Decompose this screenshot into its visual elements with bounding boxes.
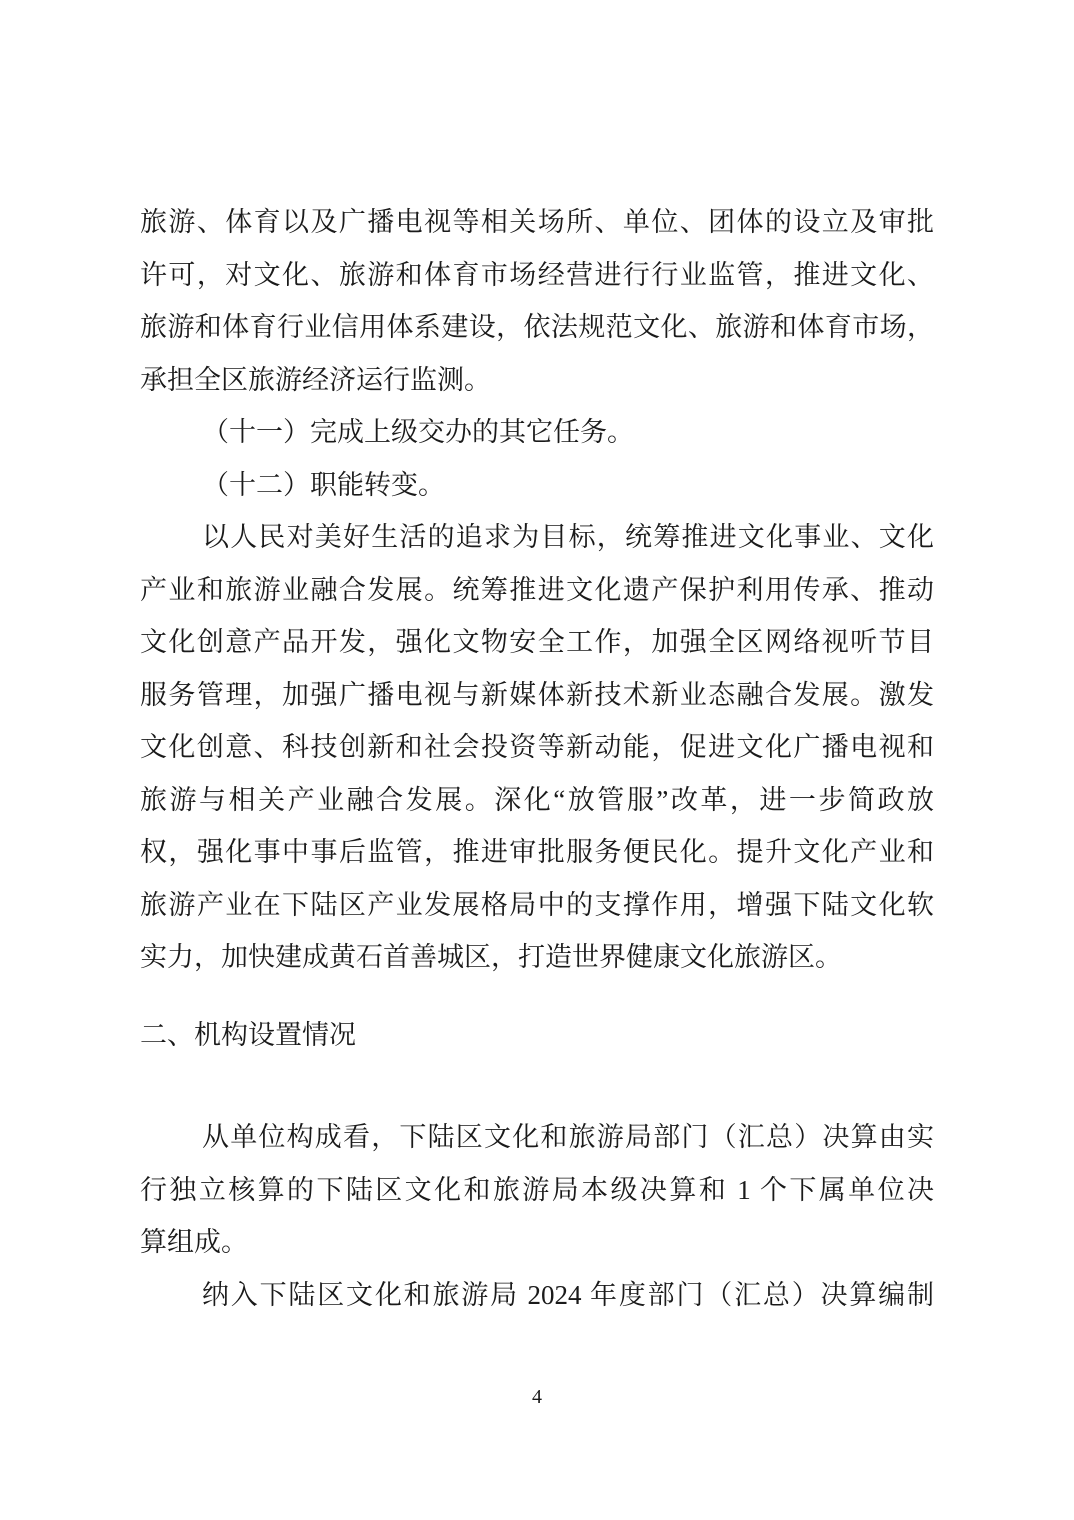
text-line: 许可，对文化、旅游和体育市场经营进行行业监管，推进文化、 bbox=[140, 249, 934, 302]
text-line: 权，强化事中事后监管，推进审批服务便民化。提升文化产业和 bbox=[140, 826, 934, 879]
document-page: 旅游、体育以及广播电视等相关场所、单位、团体的设立及审批 许可，对文化、旅游和体… bbox=[0, 0, 1074, 1520]
page-number: 4 bbox=[0, 1384, 1074, 1410]
text-line: 服务管理，加强广播电视与新媒体新技术新业态融合发展。激发 bbox=[140, 669, 934, 722]
list-item-eleven: （十一）完成上级交办的其它任务。 bbox=[140, 406, 934, 459]
document-body: 旅游、体育以及广播电视等相关场所、单位、团体的设立及审批 许可，对文化、旅游和体… bbox=[140, 196, 934, 1321]
text-line: 以人民对美好生活的追求为目标，统筹推进文化事业、文化 bbox=[140, 511, 934, 564]
text-line: 行独立核算的下陆区文化和旅游局本级决算和 1 个下属单位决 bbox=[140, 1164, 934, 1217]
paragraph-regulation: 旅游、体育以及广播电视等相关场所、单位、团体的设立及审批 许可，对文化、旅游和体… bbox=[140, 196, 934, 406]
list-item-twelve: （十二）职能转变。 bbox=[140, 459, 934, 512]
text-line: 从单位构成看，下陆区文化和旅游局部门（汇总）决算由实 bbox=[140, 1111, 934, 1164]
text-line: 文化创意、科技创新和社会投资等新动能，促进文化广播电视和 bbox=[140, 721, 934, 774]
section-heading: 二、机构设置情况 bbox=[140, 1009, 934, 1062]
text-line: 算组成。 bbox=[140, 1216, 934, 1269]
text-line: 旅游和体育行业信用体系建设，依法规范文化、旅游和体育市场， bbox=[140, 301, 934, 354]
paragraph-transformation: 以人民对美好生活的追求为目标，统筹推进文化事业、文化 产业和旅游业融合发展。统筹… bbox=[140, 511, 934, 984]
paragraph-included-units: 纳入下陆区文化和旅游局 2024 年度部门（汇总）决算编制 bbox=[140, 1269, 934, 1322]
text-line: 纳入下陆区文化和旅游局 2024 年度部门（汇总）决算编制 bbox=[140, 1269, 934, 1322]
text-line: 旅游、体育以及广播电视等相关场所、单位、团体的设立及审批 bbox=[140, 196, 934, 249]
text-line: 旅游与相关产业融合发展。深化“放管服”改革，进一步简政放 bbox=[140, 774, 934, 827]
text-line: 产业和旅游业融合发展。统筹推进文化遗产保护利用传承、推动 bbox=[140, 564, 934, 617]
paragraph-unit-composition: 从单位构成看，下陆区文化和旅游局部门（汇总）决算由实 行独立核算的下陆区文化和旅… bbox=[140, 1111, 934, 1269]
text-line: 文化创意产品开发，强化文物安全工作，加强全区网络视听节目 bbox=[140, 616, 934, 669]
text-line: 实力，加快建成黄石首善城区，打造世界健康文化旅游区。 bbox=[140, 931, 934, 984]
text-line: 旅游产业在下陆区产业发展格局中的支撑作用，增强下陆文化软 bbox=[140, 879, 934, 932]
text-line: 承担全区旅游经济运行监测。 bbox=[140, 354, 934, 407]
